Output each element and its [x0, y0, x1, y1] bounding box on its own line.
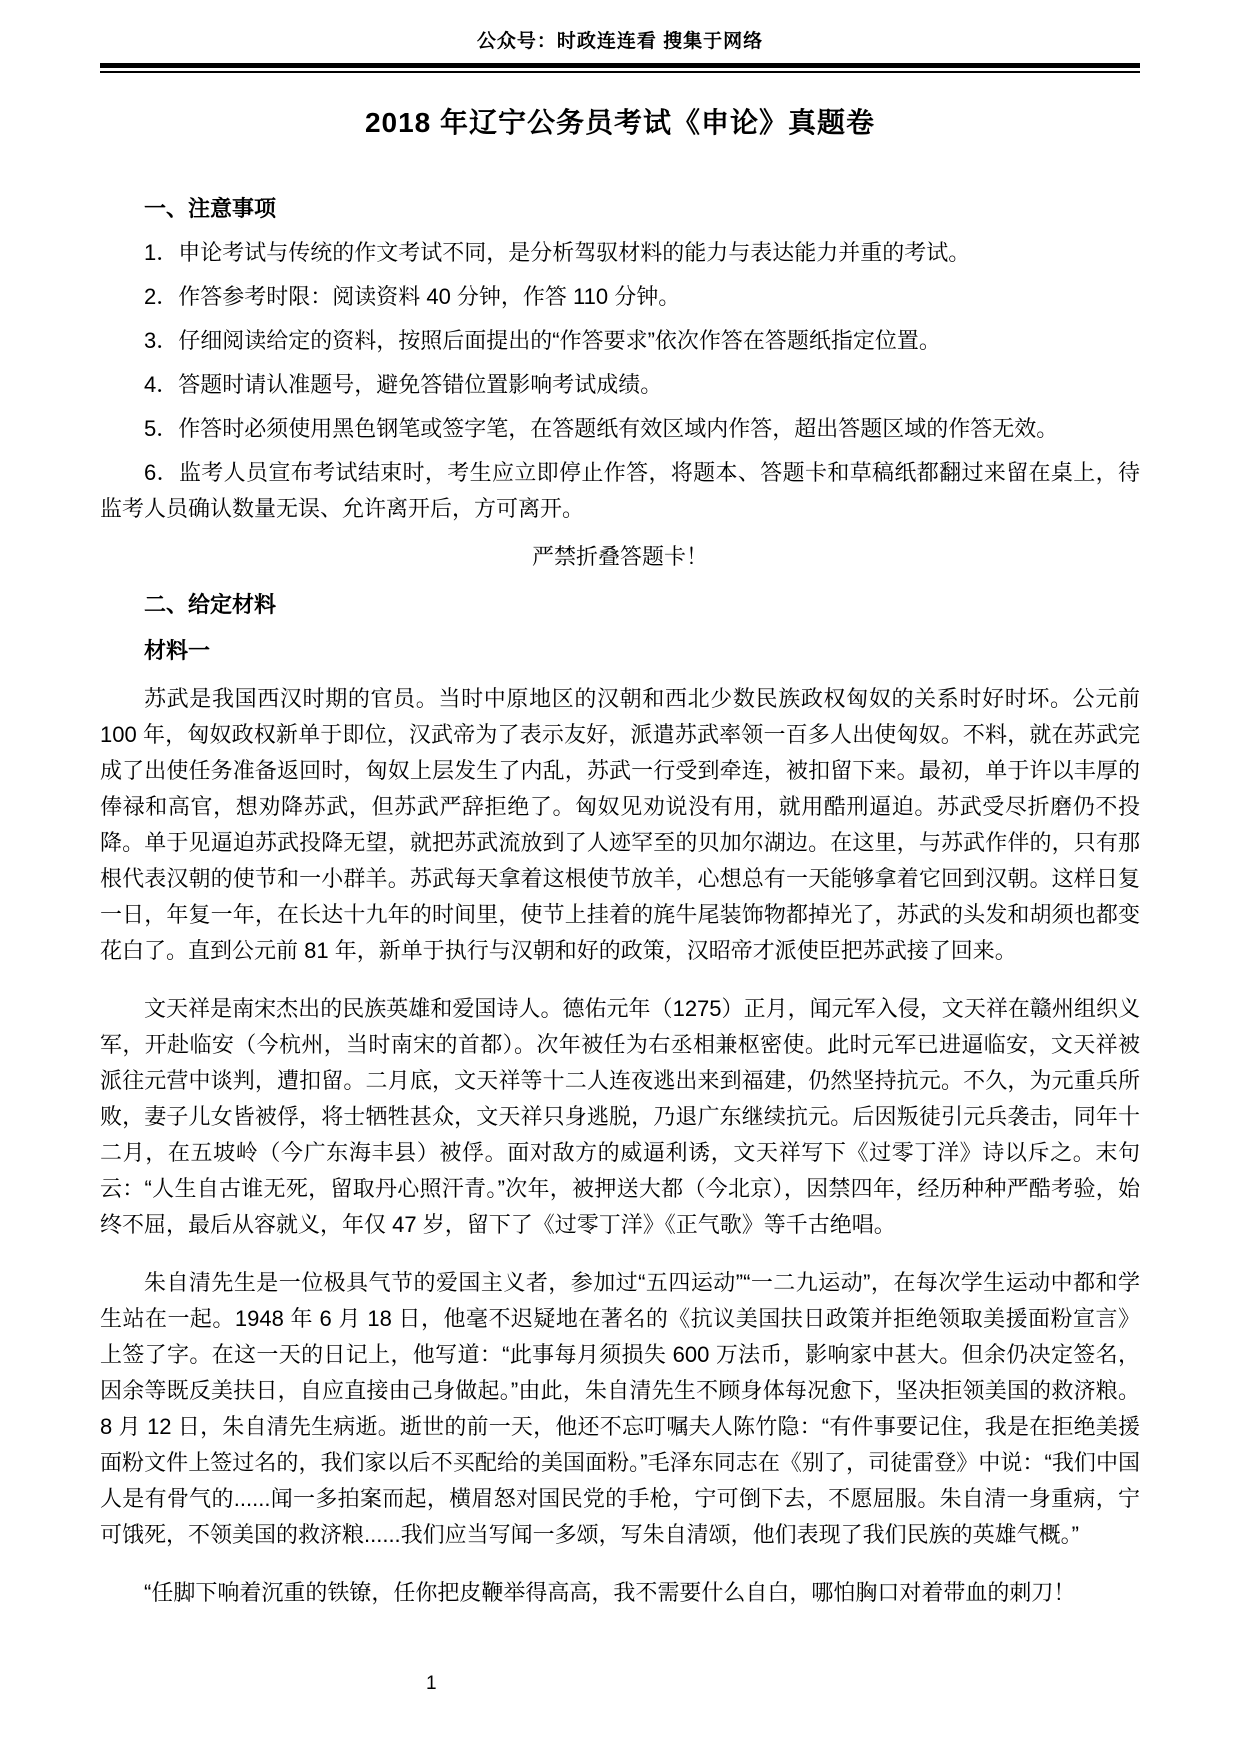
page-header-text: 公众号：时政连连看 搜集于网络: [100, 0, 1140, 54]
header-divider-rule: [100, 63, 1140, 73]
material-paragraph-wentianxiang: 文天祥是南宋杰出的民族英雄和爱国诗人。德佑元年（1275）正月，闻元军入侵，文天…: [100, 991, 1140, 1243]
material-paragraph-suwu: 苏武是我国西汉时期的官员。当时中原地区的汉朝和西北少数民族政权匈奴的关系时好时坏…: [100, 681, 1140, 969]
notice-item-2: 2．作答参考时限：阅读资料 40 分钟，作答 110 分钟。: [100, 279, 1140, 315]
notice-item-5: 5．作答时必须使用黑色钢笔或签字笔，在答题纸有效区域内作答，超出答题区域的作答无…: [100, 411, 1140, 447]
page-number: 1: [426, 1672, 437, 1696]
section-heading-notice: 一、注意事项: [100, 191, 1140, 227]
material-paragraph-zhuziqing: 朱自清先生是一位极具气节的爱国主义者，参加过“五四运动”“一二九运动”，在每次学…: [100, 1265, 1140, 1553]
material-paragraph-quote: “任脚下响着沉重的铁镣，任你把皮鞭举得高高，我不需要什么自白，哪怕胸口对着带血的…: [100, 1575, 1140, 1611]
notice-item-4: 4．答题时请认准题号，避免答错位置影响考试成绩。: [100, 367, 1140, 403]
no-fold-warning: 严禁折叠答题卡！: [100, 539, 1140, 575]
notice-item-1: 1．申论考试与传统的作文考试不同，是分析驾驭材料的能力与表达能力并重的考试。: [100, 235, 1140, 271]
page-title: 2018 年辽宁公务员考试《申论》真题卷: [100, 105, 1140, 141]
notice-item-3: 3．仔细阅读给定的资料，按照后面提出的“作答要求”依次作答在答题纸指定位置。: [100, 323, 1140, 359]
notice-item-6: 6．监考人员宣布考试结束时，考生应立即停止作答，将题本、答题卡和草稿纸都翻过来留…: [100, 455, 1140, 527]
document-page: 公众号：时政连连看 搜集于网络 2018 年辽宁公务员考试《申论》真题卷 一、注…: [0, 0, 1240, 1754]
material-one-heading: 材料一: [100, 633, 1140, 669]
section-heading-materials: 二、给定材料: [100, 587, 1140, 623]
